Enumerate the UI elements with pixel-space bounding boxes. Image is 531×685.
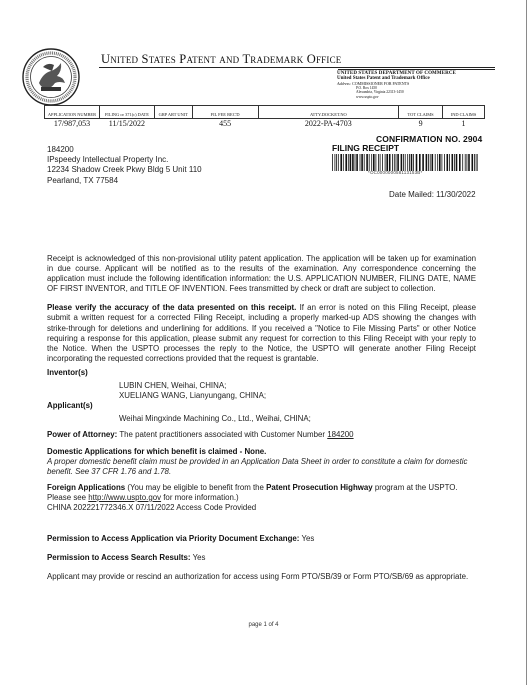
header-tot-claims: TOT CLAIMS <box>399 106 443 119</box>
uspto-seal-icon <box>21 47 81 107</box>
filing-receipt-title: FILING RECEIPT <box>332 143 399 153</box>
ind-claims: 1 <box>443 119 485 129</box>
verify-paragraph: Please verify the accuracy of the data p… <box>47 303 476 364</box>
inventors-label: Inventor(s) <box>47 368 476 378</box>
foreign-application-entry: CHINA 202221772346.X 07/11/2022 Access C… <box>47 503 476 513</box>
header-atty-docket: ATTY.DOCKET.NO <box>258 106 399 119</box>
page-number: page 1 of 4 <box>0 622 527 628</box>
header-ind-claims: IND CLAIMS <box>443 106 485 119</box>
barcode-icon <box>332 154 478 171</box>
header-application-number: APPLICATION NUMBER <box>45 106 100 119</box>
header-grp-art-unit: GRP ART UNIT <box>154 106 192 119</box>
domestic-applications-note: A proper domestic benefit claim must be … <box>47 457 476 477</box>
filing-date: 11/15/2022 <box>99 119 154 129</box>
search-permission: Permission to Access Search Results: Yes <box>47 553 476 563</box>
date-mailed: Date Mailed: 11/30/2022 <box>389 190 476 199</box>
header-fil-fee: FIL FEE REC'D <box>192 106 258 119</box>
document-body: Receipt is acknowledged of this non-prov… <box>47 254 476 582</box>
atty-docket: 2022-PA-4703 <box>258 119 399 129</box>
header-filing-date: FILING or 371(c) DATE <box>99 106 154 119</box>
department-website: www.uspto.gov <box>337 95 456 99</box>
correspondent-name: IPspeedy Intellectual Property Inc. <box>47 155 202 165</box>
pph-text: Patent Prosecution Highway <box>266 483 373 492</box>
correspondent-city: Pearland, TX 77584 <box>47 176 202 186</box>
barcode-text: *OC000000058113153B* <box>368 170 422 175</box>
department-rule <box>338 69 495 70</box>
table-row: 17/987,053 11/15/2022 455 2022-PA-4703 9… <box>45 119 485 129</box>
header-rule <box>99 67 495 68</box>
fil-fee: 455 <box>192 119 258 129</box>
customer-number: 184200 <box>47 145 202 155</box>
power-of-attorney: Power of Attorney: The patent practition… <box>47 430 476 440</box>
pde-value: Yes <box>299 534 314 543</box>
poa-text: The patent practitioners associated with… <box>117 430 327 439</box>
poa-label: Power of Attorney: <box>47 430 117 439</box>
uspto-link[interactable]: http://www.uspto.gov <box>88 493 161 502</box>
pde-label: Permission to Access Application via Pri… <box>47 534 299 543</box>
department-block: UNITED STATES DEPARTMENT OF COMMERCE Uni… <box>337 71 456 99</box>
applicants-label: Applicant(s) <box>47 401 476 411</box>
customer-number-link[interactable]: 184200 <box>327 430 353 439</box>
intro-paragraph: Receipt is acknowledged of this non-prov… <box>47 254 476 294</box>
search-label: Permission to Access Search Results: <box>47 553 191 562</box>
inventor-item: LUBIN CHEN, Weihai, CHINA; <box>47 381 476 391</box>
application-info-table: APPLICATION NUMBER FILING or 371(c) DATE… <box>44 105 485 128</box>
domestic-applications-label: Domestic Applications for which benefit … <box>47 447 476 457</box>
search-value: Yes <box>191 553 206 562</box>
document-page: United States Patent and Trademark Offic… <box>0 0 527 685</box>
grp-art-unit <box>154 119 192 129</box>
pde-permission: Permission to Access Application via Pri… <box>47 534 476 544</box>
foreign-applications: Foreign Applications (You may be eligibl… <box>47 483 476 503</box>
correspondence-address: 184200 IPspeedy Intellectual Property In… <box>47 145 202 186</box>
office-title: United States Patent and Trademark Offic… <box>101 52 341 67</box>
rescind-paragraph: Applicant may provide or rescind an auth… <box>47 572 476 582</box>
foreign-label: Foreign Applications <box>47 483 125 492</box>
correspondent-street: 12234 Shadow Creek Pkwy Bldg 5 Unit 110 <box>47 165 202 175</box>
table-header-row: APPLICATION NUMBER FILING or 371(c) DATE… <box>45 106 485 119</box>
applicant-item: Weihai Mingxinde Machining Co., Ltd., We… <box>47 414 476 424</box>
inventor-item: XUELIANG WANG, Lianyungang, CHINA; <box>47 391 476 401</box>
tot-claims: 9 <box>399 119 443 129</box>
verify-heading: Please verify the accuracy of the data p… <box>47 303 296 312</box>
application-number: 17/987,053 <box>45 119 100 129</box>
